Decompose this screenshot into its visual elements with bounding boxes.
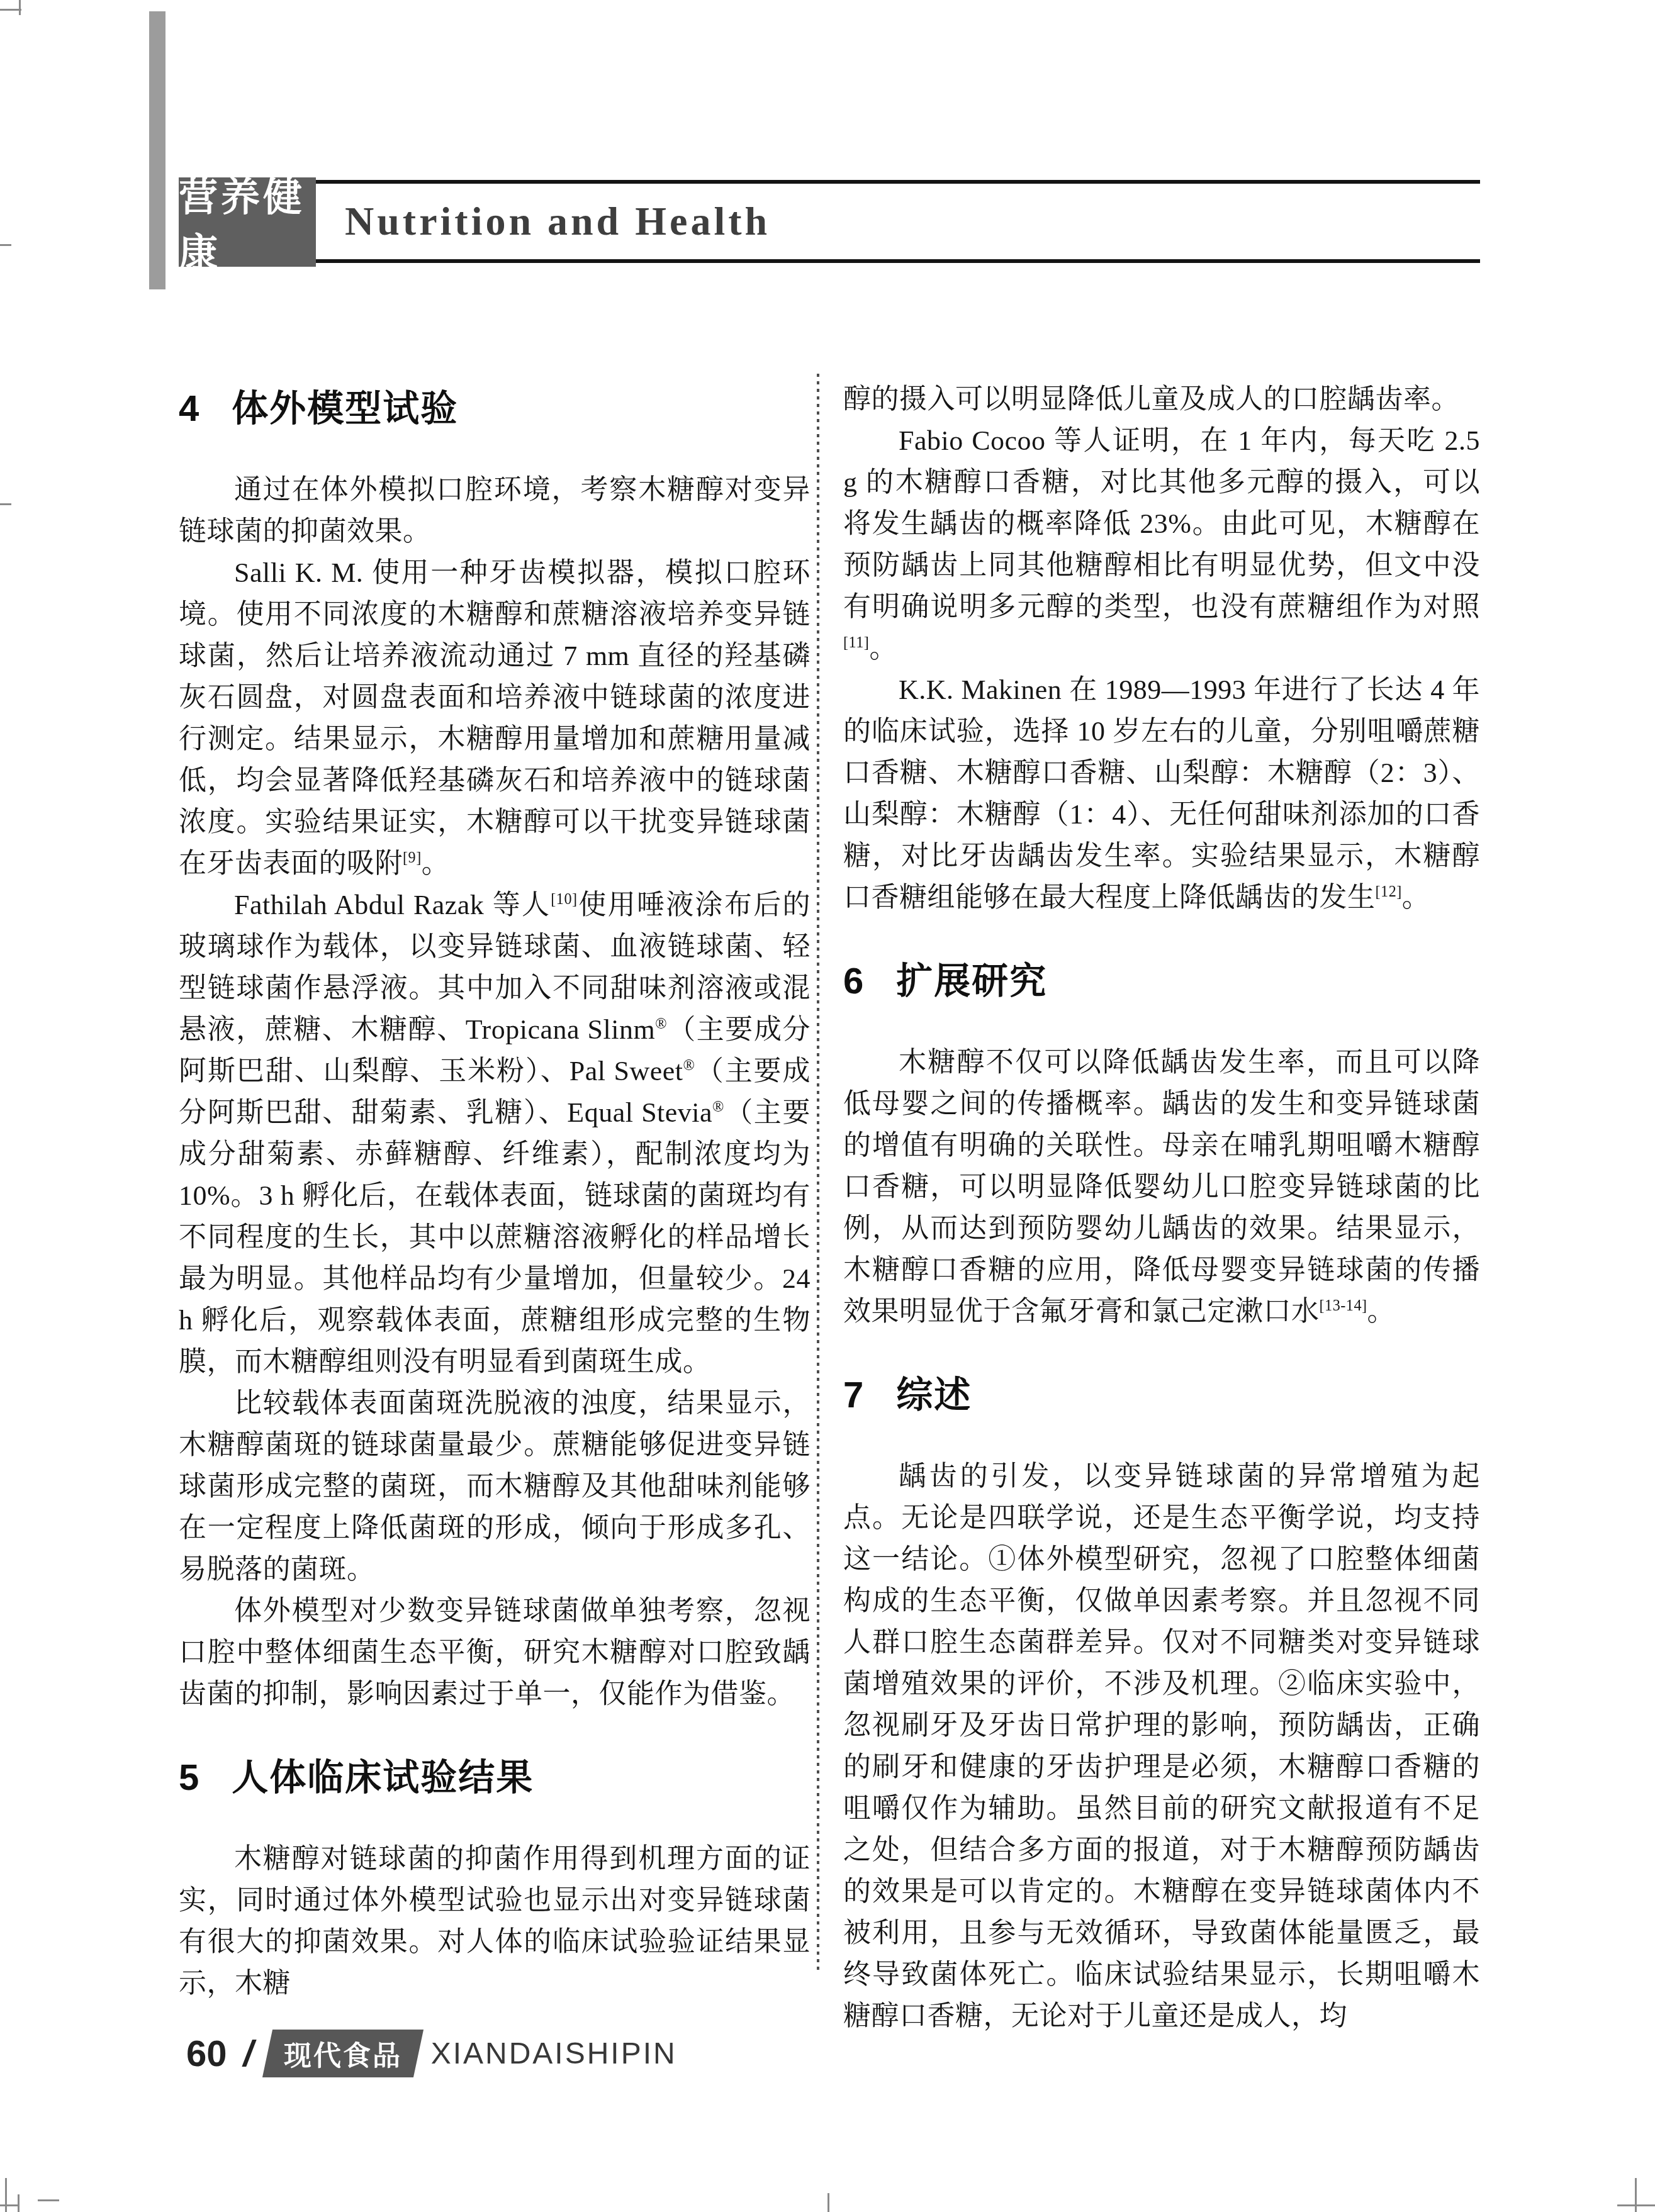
section-title: 综述 xyxy=(896,1369,972,1422)
page-number: 60 xyxy=(186,2033,227,2075)
section-number: 5 xyxy=(179,1751,200,1804)
crop-mark xyxy=(0,503,11,505)
section-title: 体外模型试验 xyxy=(232,383,458,435)
column-divider xyxy=(817,374,819,1974)
section-title: 扩展研究 xyxy=(896,955,1047,1008)
category-title-en: Nutrition and Health xyxy=(345,184,770,259)
category-badge-label: 营养健康 xyxy=(179,166,316,278)
journal-name-cn: 现代食品 xyxy=(284,2033,402,2074)
paragraph: 木糖醇对链球菌的抑菌作用得到机理方面的证实，同时通过体外模型试验也显示出对变异链… xyxy=(179,1838,811,2004)
paragraph: 通过在体外模拟口腔环境，考察木糖醇对变异链球菌的抑菌效果。 xyxy=(179,469,811,552)
paragraph: K.K. Makinen 在 1989—1993 年进行了长达 4 年的临床试验… xyxy=(843,669,1480,919)
section-heading-4: 4 体外模型试验 xyxy=(179,383,811,435)
crop-mark xyxy=(1635,2178,1637,2212)
crop-mark xyxy=(0,9,21,11)
section-title: 人体临床试验结果 xyxy=(232,1751,534,1804)
crop-mark xyxy=(38,2199,59,2201)
paragraph: Fabio Cocoo 等人证明，在 1 年内，每天吃 2.5 g 的木糖醇口香… xyxy=(843,420,1480,669)
crop-mark xyxy=(19,0,21,15)
paragraph: 龋齿的引发，以变异链球菌的异常增殖为起点。无论是四联学说，还是生态平衡学说，均支… xyxy=(843,1456,1480,2037)
section-number: 6 xyxy=(843,955,865,1008)
section-number: 4 xyxy=(179,383,200,435)
header-rule-bottom xyxy=(315,259,1480,263)
left-column: 4 体外模型试验 通过在体外模拟口腔环境，考察木糖醇对变异链球菌的抑菌效果。 S… xyxy=(179,383,811,2004)
page-footer: 60 / 现代食品 XIANDAISHIPIN xyxy=(186,2031,677,2076)
paragraph: Salli K. M. 使用一种牙齿模拟器，模拟口腔环境。使用不同浓度的木糖醇和… xyxy=(179,552,811,885)
paragraph: 体外模型对少数变异链球菌做单独考察，忽视口腔中整体细菌生态平衡，研究木糖醇对口腔… xyxy=(179,1590,811,1715)
page-edge-bar xyxy=(149,11,165,289)
section-heading-7: 7 综述 xyxy=(843,1369,1480,1422)
paragraph: 醇的摄入可以明显降低儿童及成人的口腔龋齿率。 xyxy=(843,379,1480,420)
section-heading-5: 5 人体临床试验结果 xyxy=(179,1751,811,1804)
footer-slash: / xyxy=(244,2033,254,2075)
section-number: 7 xyxy=(843,1369,865,1422)
paragraph: Fathilah Abdul Razak 等人[10]使用唾液涂布后的玻璃球作为… xyxy=(179,885,811,1383)
right-column: 醇的摄入可以明显降低儿童及成人的口腔龋齿率。 Fabio Cocoo 等人证明，… xyxy=(843,379,1480,2037)
journal-name-pinyin: XIANDAISHIPIN xyxy=(431,2036,677,2071)
crop-mark xyxy=(0,244,11,246)
paragraph: 木糖醇不仅可以降低龋齿发生率，而且可以降低母婴之间的传播概率。龋齿的发生和变异链… xyxy=(843,1042,1480,1332)
journal-logo: 现代食品 xyxy=(262,2030,424,2077)
category-badge: 营养健康 xyxy=(179,177,316,267)
crop-mark xyxy=(827,2193,829,2212)
crop-mark xyxy=(0,2204,19,2206)
crop-mark xyxy=(1617,2204,1655,2206)
crop-mark xyxy=(5,2178,7,2212)
section-heading-6: 6 扩展研究 xyxy=(843,955,1480,1008)
paragraph: 比较载体表面菌斑洗脱液的浊度，结果显示，木糖醇菌斑的链球菌量最少。蔗糖能够促进变… xyxy=(179,1383,811,1590)
crop-mark xyxy=(18,2194,20,2212)
